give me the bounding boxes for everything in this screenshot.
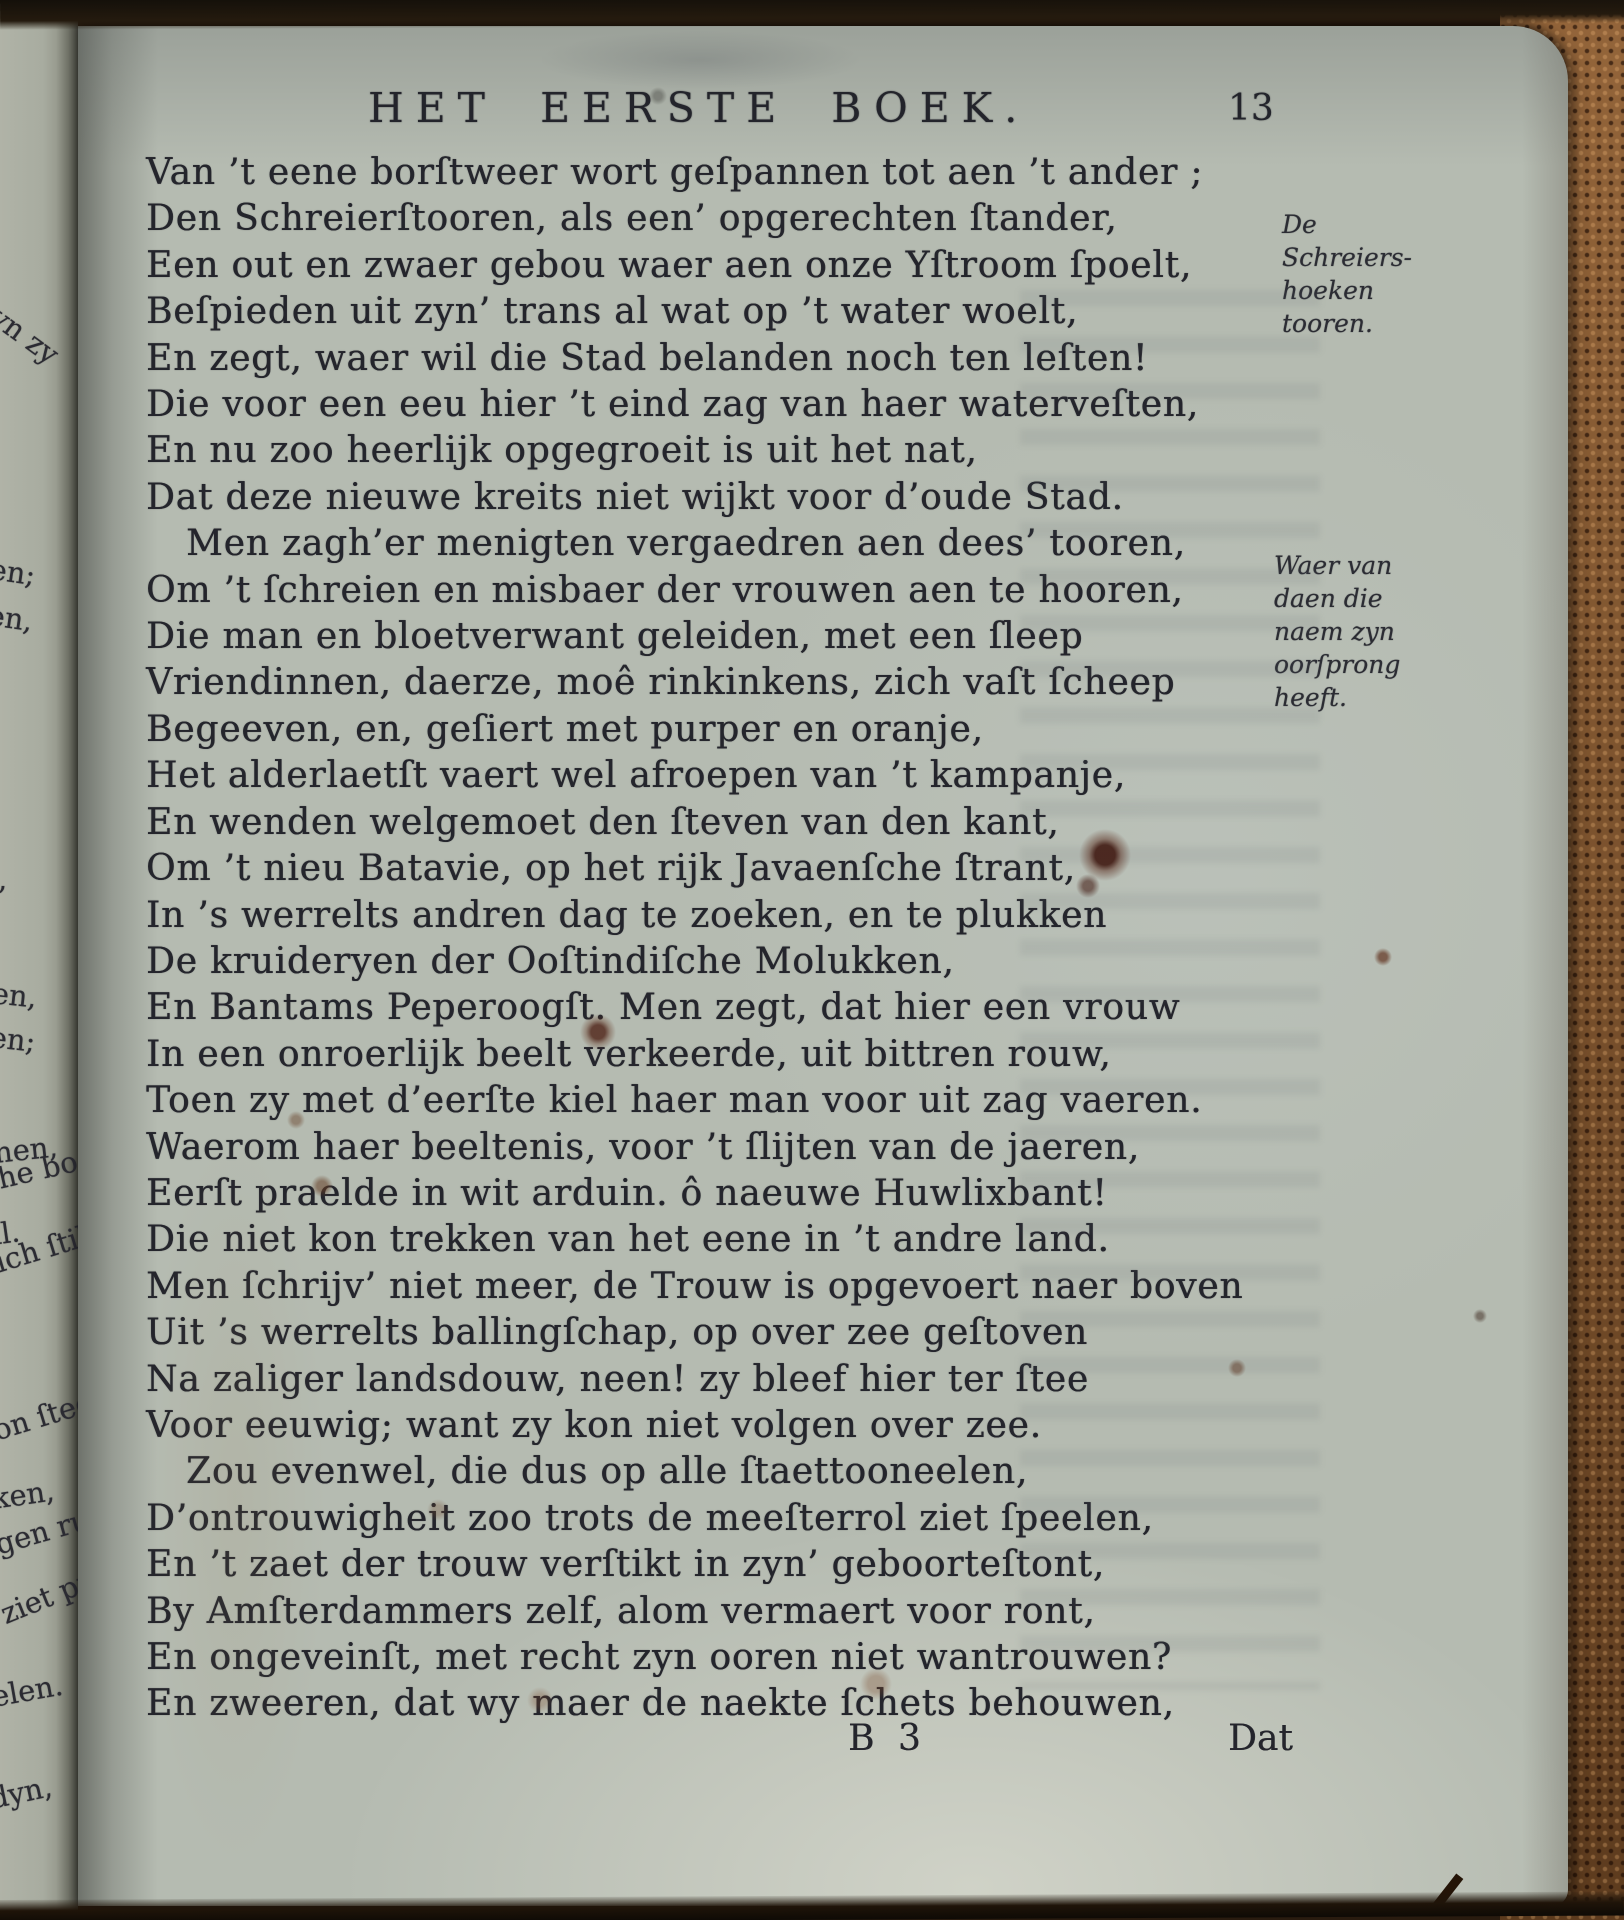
edge-text-fragment: yn zy	[0, 299, 65, 371]
edge-text-fragment: ,	[0, 862, 7, 896]
poem-line: Beſpieden uit zyn’ trans al wat op ’t wa…	[146, 289, 1406, 335]
catchword: Dat	[1228, 1718, 1293, 1759]
poem-line: Na zaliger landsdouw, neen! zy bleef hie…	[146, 1357, 1406, 1403]
poem-line: Het alderlaetſt vaert wel afroepen van ’…	[146, 753, 1406, 799]
poem-line: Den Schreierſtooren, als een’ opgerechte…	[146, 196, 1406, 242]
edge-text-fragment: en,	[0, 598, 35, 638]
margin-note-naem-oorsprong: Waer vandaen dienaem zynoorſprongheeft.	[1274, 549, 1464, 714]
signature-row: B 3 Dat	[78, 1718, 1568, 1768]
margin-note-line: Waer van	[1274, 549, 1464, 582]
poem-line: Men zagh’er menigten vergaedren aen dees…	[146, 521, 1406, 567]
poem-line: In een onroerlijk beelt verkeerde, uit b…	[146, 1032, 1406, 1078]
poem-line: En wenden welgemoet den ſteven van den k…	[146, 800, 1406, 846]
margin-note-line: naem zyn	[1274, 615, 1464, 648]
margin-note-schreiershoek: DeSchreiers-hoekentooren.	[1282, 208, 1472, 340]
poem: Van ’t eene borſtweer wort geſpannen tot…	[146, 150, 1406, 1728]
poem-line: En zegt, waer wil die Stad belanden noch…	[146, 336, 1406, 382]
edge-text-fragment: en;	[0, 1020, 37, 1059]
poem-line: Eerſt praelde in wit arduin. ô naeuwe Hu…	[146, 1171, 1406, 1217]
poem-line: Toen zy met d’eerſte kiel haer man voor …	[146, 1078, 1406, 1124]
poem-line: Begeeven, en, geſiert met purper en oran…	[146, 707, 1406, 753]
poem-line: Voor eeuwig; want zy kon niet volgen ove…	[146, 1403, 1406, 1449]
margin-note-line: heeft.	[1274, 681, 1464, 714]
margin-note-line: oorſprong	[1274, 648, 1464, 681]
poem-line: En Bantams Peperoogſt. Men zegt, dat hie…	[146, 985, 1406, 1031]
book-photo: yn zyen;en,,en,en;nen,he boomenil.ich ſt…	[0, 0, 1624, 1920]
poem-line: Zou evenwel, die dus op alle ſtaettoonee…	[146, 1449, 1406, 1495]
poem-line: Vriendinnen, daerze, moê rinkinkens, zic…	[146, 660, 1406, 706]
margin-note-line: daen die	[1274, 582, 1464, 615]
poem-line: Die voor een eeu hier ’t eind zag van ha…	[146, 382, 1406, 428]
poem-line: En nu zoo heerlijk opgegroeit is uit het…	[146, 428, 1406, 474]
edge-text-fragment: dyn,	[0, 1769, 55, 1815]
running-title: HET EERSTE BOEK.	[368, 84, 1029, 132]
book-page: HET EERSTE BOEK. 13 Van ’t eene borſtwee…	[78, 26, 1568, 1906]
poem-line: Dat deze nieuwe kreits niet wijkt voor d…	[146, 475, 1406, 521]
poem-line: D’ontrouwigheit zoo trots de meeſterrol …	[146, 1496, 1406, 1542]
poem-line: En ongeveinſt, met recht zyn ooren niet …	[146, 1635, 1406, 1681]
edge-text-fragment: en;	[0, 552, 38, 592]
poem-line: Een out en zwaer gebou waer aen onze Yſt…	[146, 243, 1406, 289]
poem-line: Van ’t eene borſtweer wort geſpannen tot…	[146, 150, 1406, 196]
edge-text-fragment: ken,	[0, 1473, 56, 1515]
poem-line: En ’t zaet der trouw verſtikt in zyn’ ge…	[146, 1542, 1406, 1588]
poem-line: In ’s werrelts andren dag te zoeken, en …	[146, 893, 1406, 939]
poem-line: Om ’t nieu Batavie, op het rijk Javaenſc…	[146, 846, 1406, 892]
poem-line: De kruideryen der Ooſtindiſche Molukken,	[146, 939, 1406, 985]
poem-line: Uit ’s werrelts ballingſchap, op over ze…	[146, 1310, 1406, 1356]
margin-note-line: hoeken	[1282, 274, 1472, 307]
gathering-signature: B 3	[848, 1718, 927, 1759]
poem-line: Om ’t ſchreien en misbaer der vrouwen ae…	[146, 568, 1406, 614]
previous-page-edge: yn zyen;en,,en,en;nen,he boomenil.ich ſt…	[0, 0, 78, 1920]
poem-line: Die man en bloetverwant geleiden, met ee…	[146, 614, 1406, 660]
margin-note-line: Schreiers-	[1282, 241, 1472, 274]
margin-note-line: tooren.	[1282, 307, 1472, 340]
poem-line: Waerom haer beeltenis, voor ’t ſlijten v…	[146, 1125, 1406, 1171]
poem-line: Die niet kon trekken van het eene in ’t …	[146, 1217, 1406, 1263]
poem-line: Men ſchrijv’ niet meer, de Trouw is opge…	[146, 1264, 1406, 1310]
edge-text-fragment: en,	[0, 976, 39, 1015]
poem-line: By Amſterdammers zelf, alom vermaert voo…	[146, 1589, 1406, 1635]
margin-note-line: De	[1282, 208, 1472, 241]
page-number: 13	[1228, 88, 1274, 129]
edge-text-fragment: elen.	[0, 1668, 65, 1714]
